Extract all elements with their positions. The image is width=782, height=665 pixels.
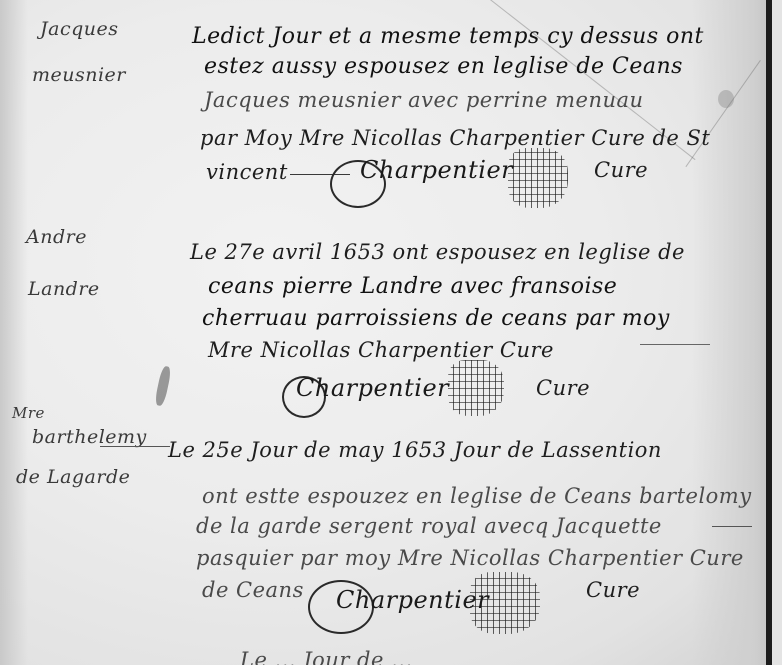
entry-text-line: par Moy Mre Nicollas Charpentier Cure de… [200,126,710,150]
priest-signature: Charpentier [296,374,449,402]
entry-text-line: Mre Nicollas Charpentier Cure [208,338,554,362]
signature-title: Cure [594,158,648,182]
entry-text-line: ont estte espouzez en leglise de Ceans b… [202,484,752,508]
entry-text-line: vincent [206,160,288,184]
line-filler-stroke [712,526,752,527]
entry-text-line: pasquier par moy Mre Nicollas Charpentie… [196,546,744,570]
partial-entry-line: Le ... Jour de ... [240,648,413,665]
margin-note-line: de Lagarde [16,466,130,488]
facing-page-edge [772,0,782,665]
signature-paraph [448,360,504,416]
signature-paraph [470,572,540,634]
priest-signature: Charpentier [336,586,489,614]
entry-text-line: Le 25e Jour de may 1653 Jour de Lassenti… [168,438,662,462]
priest-signature: Charpentier [360,156,513,184]
ink-smudge [154,365,172,406]
margin-note-line: meusnier [32,64,126,86]
entry-text-line: de Ceans [202,578,304,602]
margin-note-line: Andre [26,226,87,248]
margin-note-line: Mre [12,404,45,422]
margin-note-line: Jacques [40,18,118,40]
margin-note-line: Landre [28,278,100,300]
ink-stain [718,90,734,108]
entry-text-line: Jacques meusnier avec perrine menuau [204,88,644,112]
register-page: Jacques meusnier Ledict Jour et a mesme … [0,0,782,665]
signature-title: Cure [586,578,640,602]
entry-text-line: Ledict Jour et a mesme temps cy dessus o… [192,24,704,49]
signature-title: Cure [536,376,590,400]
entry-text-line: cherruau parroissiens de ceans par moy [202,306,670,331]
margin-note-line: barthelemy [32,426,147,448]
underline-stroke [100,446,170,447]
signature-paraph [508,148,568,208]
line-filler-stroke [640,344,710,345]
entry-text-line: de la garde sergent royal avecq Jacquett… [196,514,662,538]
entry-text-line: estez aussy espousez en leglise de Ceans [204,54,683,79]
entry-text-line: ceans pierre Landre avec fransoise [208,274,617,299]
entry-text-line: Le 27e avril 1653 ont espousez en leglis… [190,240,685,264]
